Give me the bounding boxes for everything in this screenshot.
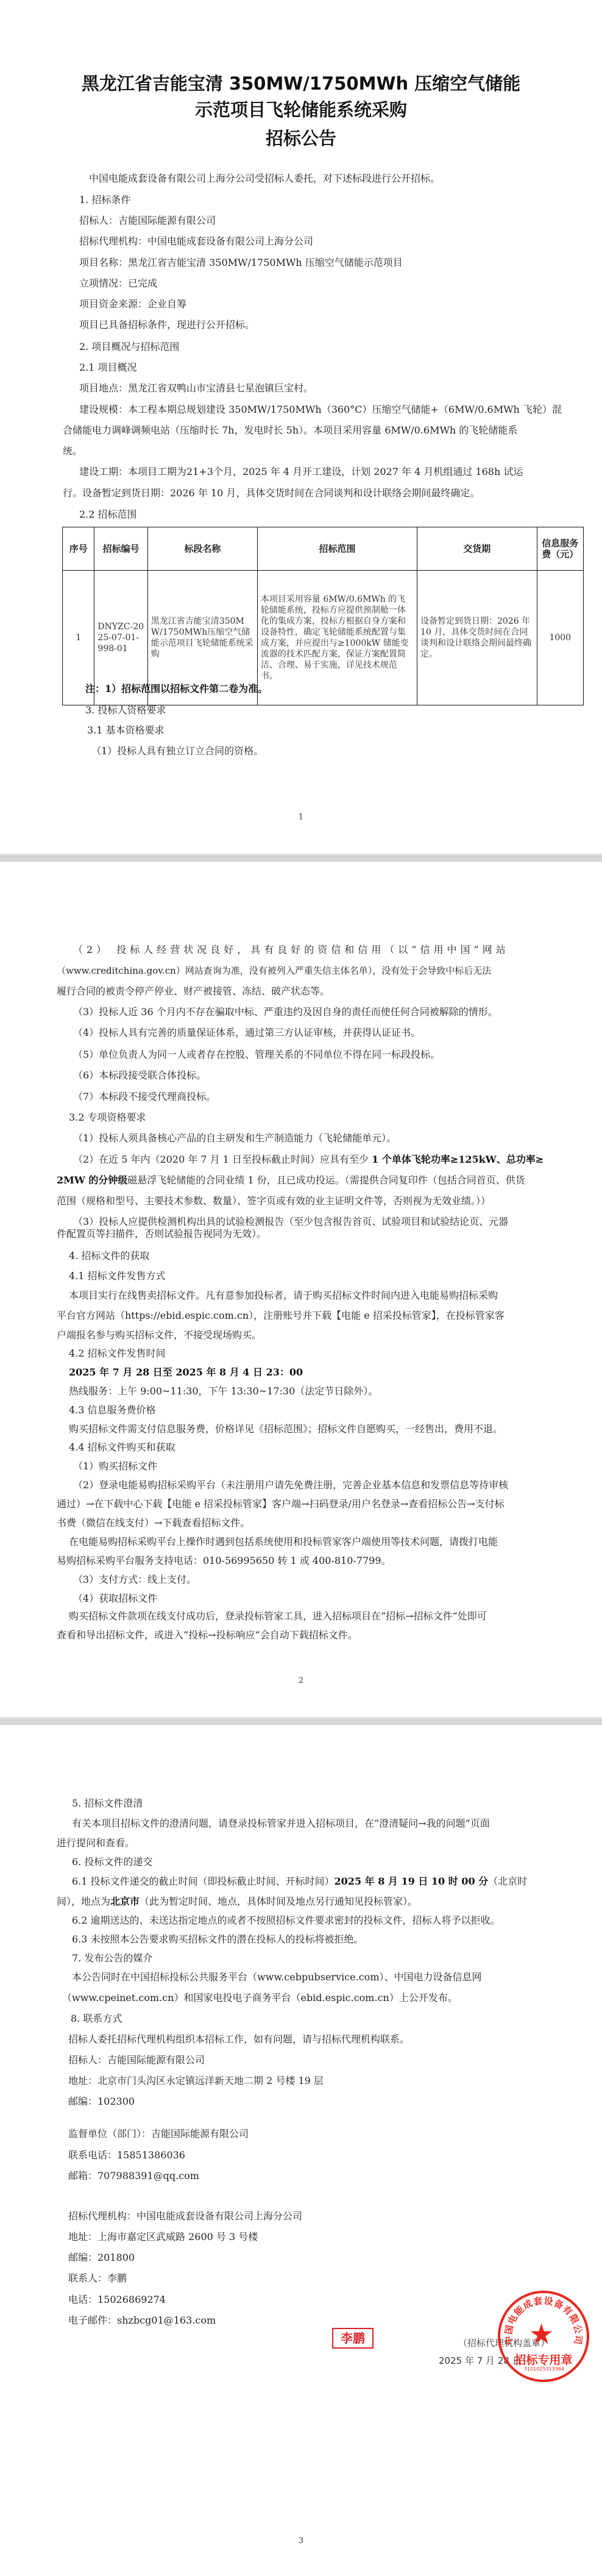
contact-tenderer-address: 地址：北京市门头沟区永定镇远洋新天地二期 2 号楼 19 层 bbox=[68, 2075, 324, 2087]
page-number-3: 3 bbox=[0, 2536, 602, 2546]
section-4-1-line-2: 平台官方网站（https://ebid.espic.com.cn），注册账号并下… bbox=[57, 1310, 505, 1322]
contact-agency: 招标代理机构：中国电能成套设备有限公司上海分公司 bbox=[68, 2210, 302, 2222]
requirement-1: （1）投标人具有独立订立合同的资格。 bbox=[91, 745, 263, 757]
obtain-line-2: 查看和导出招标文件，或进入“投标→投标响应”会自动下载招标文件。 bbox=[57, 1629, 358, 1641]
sp2-text-c: 2MW 的分钟级 bbox=[57, 1174, 127, 1186]
contact-agency-email: 电子邮件：shzbcg01@163.com bbox=[68, 2314, 216, 2327]
star-icon: ★ bbox=[529, 2320, 554, 2348]
bid-section-table: 序号 招标编号 标段名称 招标范围 交货期 信息服务费（元） 1 DNYZC-2… bbox=[62, 527, 584, 705]
support-line-1: 在电能易购招标采购平台上操作时遇到包括系统使用和投标管家客户端使用等技术问题，请… bbox=[69, 1536, 498, 1548]
page-1: 黑龙江省吉能宝清 350MW/1750MWh 压缩空气储能 示范项目飞轮储能系统… bbox=[0, 0, 602, 854]
place-note: （此为暂定时间、地点，具体时间及地点另行通知见投标管家）。 bbox=[140, 1896, 417, 1907]
cell-scope: 本项目采用容量 6MW/0.6MWh 的飞轮储能系统，投标方应提供预制舱一体化的… bbox=[257, 571, 417, 705]
section-3-heading: 3. 投标人资格要求 bbox=[85, 704, 166, 716]
section-1-heading: 1. 招标条件 bbox=[79, 194, 130, 206]
special-requirement-3-line-1: （3）投标人应提供检测机构出具的试验检测报告（至少包含报告首页、试验项目和试验结… bbox=[73, 1216, 508, 1228]
sp2-text-d: 磁悬浮飞轮储能的合同业绩 1 份，且已成功投运。（需提供合同复印件（包括合同首页… bbox=[127, 1174, 525, 1186]
section-6-1-line-1: 6.1 投标文件递交的截止时间（即投标截止时间、开标时间）2025 年 8 月 … bbox=[72, 1875, 527, 1888]
special-requirement-2-line-3: 范围（规格和型号、主要技术参数、数量）、签字页或有效的业主证明文件等，否则视为无… bbox=[57, 1195, 490, 1207]
period-line-1: 建设工期：本项目工期为21+3个月，2025 年 4 月开工建设，计划 2027… bbox=[79, 466, 523, 478]
document-title-line-3: 招标公告 bbox=[0, 126, 602, 151]
page-number-1: 1 bbox=[0, 813, 602, 822]
section-7-heading: 7. 发布公告的媒介 bbox=[72, 1952, 152, 1964]
hotline-hours: 热线服务：上午 9:00~11:30，下午 13:30~17:30（法定节日除外… bbox=[69, 1385, 378, 1397]
personal-seal-stamp: 李鹏 bbox=[332, 2328, 374, 2349]
special-requirement-2-line-2: 2MW 的分钟级磁悬浮飞轮储能的合同业绩 1 份，且已成功投运。（需提供合同复印… bbox=[57, 1174, 525, 1186]
contact-supervisor: 监督单位（部门）：吉能国际能源有限公司 bbox=[68, 2128, 249, 2140]
section-6-3: 6.3 未按照本公告要求购买招标文件的潜在投标人的投标将被拒绝。 bbox=[72, 1933, 364, 1946]
section-4-3-heading: 4.3 信息服务费价格 bbox=[69, 1404, 156, 1416]
section-5-line-1: 有关本项目招标文件的澄清问题，请登录投标管家并进入招标项目，在“澄清疑问→我的问… bbox=[72, 1818, 490, 1830]
section-8-heading: 8. 联系方式 bbox=[71, 2013, 122, 2025]
obtain-line-1: 购买招标文件款项在线支付成功后，登录投标管家工具，进入招标项目在“招标→招标文件… bbox=[69, 1610, 487, 1622]
requirement-4: （4）投标人具有完善的质量保证体系，通过第三方认证审核，并获得认证证书。 bbox=[73, 1027, 420, 1039]
contact-supervisor-email: 邮箱：707988391@qq.com bbox=[68, 2170, 199, 2182]
contact-supervisor-phone: 联系电话：15851386036 bbox=[68, 2149, 185, 2161]
section-5-heading: 5. 招标文件澄清 bbox=[72, 1797, 143, 1810]
sale-time: 2025 年 7 月 28 日至 2025 年 8 月 4 日 23：00 bbox=[69, 1366, 303, 1379]
section-2-heading: 2. 项目概况与招标范围 bbox=[79, 341, 179, 353]
agency-line: 招标代理机构：中国电能成套设备有限公司上海分公司 bbox=[79, 235, 313, 248]
section-2-2-heading: 2.2 招标范围 bbox=[79, 508, 137, 521]
deadline-tz: （北京时 bbox=[488, 1875, 527, 1887]
contact-tenderer: 招标人：吉能国际能源有限公司 bbox=[68, 2054, 205, 2066]
contact-agency-address: 地址：上海市嘉定区武威路 2600 号 3 号楼 bbox=[68, 2231, 258, 2243]
deadline-time: 2025 年 8 月 19 日 10 时 00 分 bbox=[335, 1875, 489, 1887]
page-separator bbox=[0, 1717, 602, 1725]
obtain-step-heading: （4）获取招标文件 bbox=[73, 1593, 157, 1605]
page-2: （2） 投标人经营状况良好，具有良好的资信和信用（以“信用中国”网站 （www.… bbox=[0, 862, 602, 1717]
seal-code: 3101025313364 bbox=[519, 2366, 570, 2372]
section-4-1-line-1: 本项目实行在线售卖招标文件。凡有意参加投标者，请于购买招标文件时间内进入电能易购… bbox=[69, 1290, 498, 1302]
col-header-code: 招标编号 bbox=[94, 527, 147, 571]
section-6-1-line-2: 间），地点为北京市（此为暂定时间、地点，具体时间及地点另行通知见投标管家）。 bbox=[57, 1896, 417, 1908]
cell-delivery: 设备暂定到货日期：2026 年 10 月，具体交货时间在合同谈判和设计联络会期间… bbox=[417, 571, 537, 705]
section-5-line-2: 进行提问和查看。 bbox=[57, 1837, 135, 1849]
section-7-line-2: （www.cpeinet.com.cn）和国家电投电子商务平台（ebid.esp… bbox=[62, 1992, 458, 2004]
support-line-2: 易购招标采购平台服务支持电话：010-56995650 转 1 或 400-81… bbox=[57, 1555, 391, 1567]
section-4-1-line-3: 户端报名参与购买招标文件，不接受现场购买。 bbox=[57, 1329, 261, 1341]
intro-text: 中国电能成套设备有限公司上海分公司受招标人委托，对下述标段进行公开招标。 bbox=[89, 173, 440, 185]
approval-line: 立项情况：已完成 bbox=[79, 277, 157, 290]
period-line-2: 行。设备暂定到货日期：2026 年 10 月，具体交货时间在合同谈判和设计联络会… bbox=[63, 487, 480, 499]
section-3-2-heading: 3.2 专项资格要求 bbox=[69, 1111, 146, 1124]
sp2-text-b: 1 个单体飞轮功率≥125kW、总功率≥ bbox=[372, 1154, 544, 1165]
special-requirement-3-line-2: 件配置页等扫描件，否则试验报告视同为无效）。 bbox=[57, 1228, 266, 1240]
tenderer-line: 招标人：吉能国际能源有限公司 bbox=[79, 215, 216, 227]
section-6-2: 6.2 逾期送达的、未送达指定地点的或者不按照招标文件要求密封的投标文件，招标人… bbox=[72, 1914, 500, 1927]
deadline-label: 6.1 投标文件递交的截止时间（即投标截止时间、开标时间） bbox=[72, 1875, 335, 1887]
purchase-step-1: （1）购买招标文件 bbox=[73, 1460, 157, 1472]
place-value: 北京市 bbox=[110, 1896, 140, 1907]
project-name-line: 项目名称：黑龙江省吉能宝清 350MW/1750MWh 压缩空气储能示范项目 bbox=[79, 257, 403, 269]
col-header-delivery: 交货期 bbox=[417, 527, 537, 571]
requirement-2-line-2: （www.creditchina.gov.cn）网站查询为准，没有被列入严重失信… bbox=[57, 965, 491, 977]
sp2-text-a: （2）在近 5 年内（2020 年 7 月 1 日至投标截止时间）应具有至少 bbox=[73, 1154, 372, 1165]
document-title-line-1: 黑龙江省吉能宝清 350MW/1750MWh 压缩空气储能 bbox=[0, 71, 602, 96]
requirement-2-line-1: （2） 投标人经营状况良好，具有良好的资信和信用（以“信用中国”网站 bbox=[73, 944, 509, 956]
contact-tenderer-zip: 邮编：102300 bbox=[68, 2096, 135, 2108]
section-6-heading: 6. 投标文件的递交 bbox=[72, 1856, 152, 1868]
col-header-no: 序号 bbox=[63, 527, 94, 571]
requirement-5: （5）单位负责人为同一人或者存在控股、管理关系的不同单位不得在同一标段投标。 bbox=[73, 1049, 440, 1061]
section-4-1-heading: 4.1 招标文件发售方式 bbox=[69, 1270, 166, 1282]
table-header-row: 序号 招标编号 标段名称 招标范围 交货期 信息服务费（元） bbox=[63, 527, 584, 571]
page-3: 5. 招标文件澄清 有关本项目招标文件的澄清问题，请登录投标管家并进入招标项目，… bbox=[0, 1725, 602, 2576]
contact-agency-person: 联系人：李鹏 bbox=[68, 2272, 127, 2285]
section-4-2-heading: 4.2 招标文件发售时间 bbox=[69, 1347, 166, 1360]
col-header-scope: 招标范围 bbox=[257, 527, 417, 571]
requirement-2-line-3: 履行合同的被责令停产停业、财产被接管、冻结、破产状态等。 bbox=[57, 985, 330, 997]
scale-line-1: 建设规模：本工程本期总规划建设 350MW/1750MWh（360°C）压缩空气… bbox=[79, 404, 562, 416]
purchase-step-2-line-1: （2）登录电能易购招标采购平台（未注册用户请先免费注册，完善企业基本信息和发票信… bbox=[73, 1479, 508, 1491]
col-header-fee: 信息服务费（元） bbox=[537, 527, 583, 571]
table-note: 注：1）招标范围以招标文件第二卷为准。 bbox=[85, 683, 267, 695]
special-requirement-1: （1）投标人须具备核心产品的自主研发和生产制造能力（飞轮储能单元）。 bbox=[73, 1132, 396, 1144]
company-seal-stamp: 中国电能成套设备有限公司 ★ 招标专用章 3101025313364 bbox=[498, 2291, 589, 2382]
cell-fee: 1000 bbox=[537, 571, 583, 705]
scale-line-3: 统。 bbox=[63, 445, 82, 457]
section-7-line-1: 本公告同时在中国招标投标公共服务平台（www.cebpubservice.com… bbox=[72, 1971, 482, 1983]
contact-intro: 招标人委托招标代理机构组织本招标工作，如有问题，请与招标代理机构联系。 bbox=[68, 2033, 409, 2046]
scale-line-2: 合储能电力调峰调频电站（压缩时长 7h，发电时长 5h）。本项目采用容量 6MW… bbox=[63, 424, 517, 437]
funding-line: 项目资金来源：企业自筹 bbox=[79, 298, 186, 310]
section-4-heading: 4. 招标文件的获取 bbox=[69, 1250, 149, 1262]
section-3-1-heading: 3.1 基本资格要求 bbox=[87, 724, 165, 737]
payment-method: （3）支付方式：线上支付。 bbox=[73, 1574, 196, 1586]
contact-agency-phone: 电话：15026869274 bbox=[68, 2294, 166, 2306]
requirement-7: （7）本标段不接受代理商投标。 bbox=[73, 1091, 216, 1103]
section-2-1-heading: 2.1 项目概况 bbox=[79, 362, 137, 374]
contact-agency-zip: 邮编：201800 bbox=[68, 2252, 135, 2264]
special-requirement-2-line-1: （2）在近 5 年内（2020 年 7 月 1 日至投标截止时间）应具有至少 1… bbox=[73, 1154, 544, 1166]
document-title-line-2: 示范项目飞轮储能系统采购 bbox=[0, 98, 602, 122]
seal-bottom-text: 招标专用章 bbox=[509, 2351, 578, 2367]
col-header-name: 标段名称 bbox=[147, 527, 257, 571]
requirement-3: （3）投标人近 36 个月内不存在骗取中标、严重违约及因自身的责任而使任何合同被… bbox=[73, 1006, 498, 1018]
purchase-step-2-line-3: 书费（微信在线支付）→下载查看招标文件。 bbox=[57, 1517, 250, 1529]
purchase-step-2-line-2: 通过）→在下载中心下载【电能 e 招采投标管家】客户端→扫码登录/用户名登录→查… bbox=[57, 1498, 505, 1510]
requirement-6: （6）本标段接受联合体投标。 bbox=[73, 1069, 206, 1082]
ready-line: 项目已具备招标条件，现进行公开招标。 bbox=[79, 319, 255, 331]
project-location: 项目地点：黑龙江省双鸭山市宝清县七星泡镇巨宝村。 bbox=[79, 382, 313, 394]
place-label: 间），地点为 bbox=[57, 1896, 110, 1907]
section-4-3-text: 购买招标文件需支付信息服务费，价格详见《招标范围》；招标文件自愿购买，一经售出，… bbox=[69, 1423, 503, 1435]
page-number-2: 2 bbox=[0, 1676, 602, 1685]
section-4-4-heading: 4.4 招标文件购买和获取 bbox=[69, 1441, 175, 1454]
page-separator bbox=[0, 854, 602, 862]
